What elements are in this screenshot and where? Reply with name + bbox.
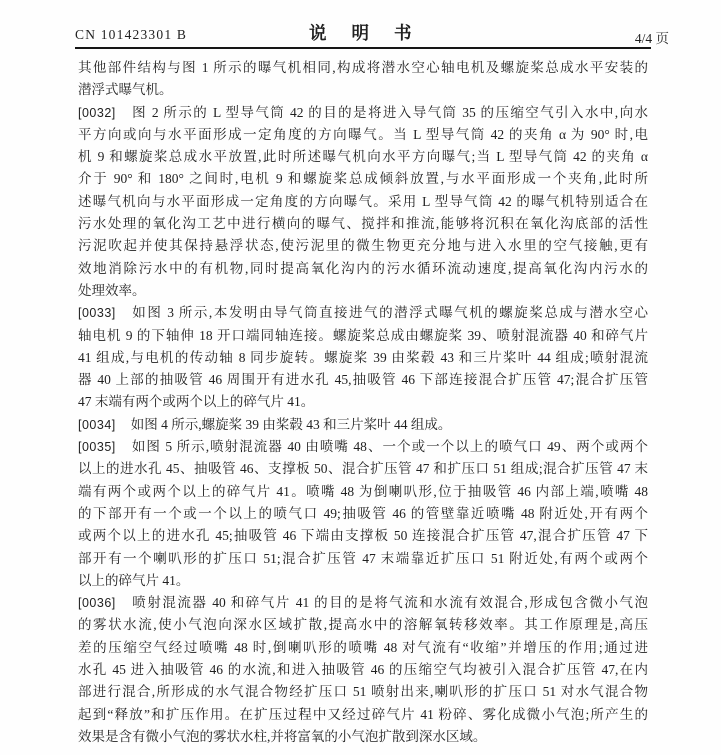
text-line: 介于 90° 和 180° 之间时,电机 9 和螺旋桨总成倾斜放置,与水平面形成… bbox=[78, 168, 648, 190]
text-line: 处理效率。 bbox=[78, 280, 648, 302]
text-line: 污泥吹起并使其保持悬浮状态,使污泥里的微生物更充分地与进入水里的空气接触,更有 bbox=[78, 235, 648, 257]
text-line: 平方向或向与水平面形成一定角度的方向曝气。当 L 型导气筒 42 的夹角 α 为… bbox=[78, 124, 648, 146]
text-line: 47 末端有两个或两个以上的碎气片 41。 bbox=[78, 391, 648, 413]
paragraph-number: [0036] bbox=[78, 596, 116, 610]
line-text: 效果是含有微小气泡的雾状水柱,并将富氧的小气泡扩散到深水区域。 bbox=[78, 729, 486, 744]
text-line: [0033]如图 3 所示,本发明由导气筒直接进气的潜浮式曝气机的螺旋桨总成与潜… bbox=[78, 302, 648, 324]
line-text: 平方向或向与水平面形成一定角度的方向曝气。当 L 型导气筒 42 的夹角 α 为… bbox=[78, 127, 648, 142]
document-number: CN 101423301 B bbox=[75, 27, 187, 43]
text-line: 潜浮式曝气机。 bbox=[78, 79, 648, 101]
text-line: 端有两个或两个以上的碎气片 41。喷嘴 48 为倒喇叭形,位于抽吸管 46 内部… bbox=[78, 481, 648, 503]
line-text: 如图 5 所示,喷射混流器 40 由喷嘴 48、一个或一个以上的喷气口 49、两… bbox=[131, 439, 648, 454]
line-text: 处理效率。 bbox=[78, 283, 146, 298]
line-text: 机 9 和螺旋桨总成水平放置,此时所述曝气机向水平方向曝气;当 L 型导气筒 4… bbox=[78, 149, 648, 164]
text-line: 的下部开有一个或一个以上的喷气口 49;抽吸管 46 的管壁靠近喷嘴 48 附近… bbox=[78, 503, 648, 525]
line-text: 端有两个或两个以上的碎气片 41。喷嘴 48 为倒喇叭形,位于抽吸管 46 内部… bbox=[78, 484, 648, 499]
text-line: [0034]如图 4 所示,螺旋桨 39 由桨毂 43 和三片桨叶 44 组成。 bbox=[78, 414, 648, 436]
line-text: 述曝气机向与水平面形成一定角度的方向曝气。采用 L 型导气筒 42 的曝气机特别… bbox=[78, 194, 648, 209]
text-line: 41 组成,与电机的传动轴 8 同步旋转。螺旋桨 39 由桨毂 43 和三片桨叶… bbox=[78, 347, 648, 369]
page-indicator: 4/4 页 bbox=[635, 27, 669, 47]
text-line: 以上的进水孔 45、抽吸管 46、支撑板 50、混合扩压管 47 和扩压口 51… bbox=[78, 458, 648, 480]
text-line: [0032]图 2 所示的 L 型导气筒 42 的目的是将进入导气筒 35 的压… bbox=[78, 102, 648, 124]
line-text: 部进行混合,所形成的水气混合物经扩压口 51 喷射出来,喇叭形的扩压口 51 对… bbox=[78, 684, 648, 699]
line-text: 介于 90° 和 180° 之间时,电机 9 和螺旋桨总成倾斜放置,与水平面形成… bbox=[78, 171, 648, 186]
paragraph-number: [0033] bbox=[78, 306, 116, 320]
line-text: 轴电机 9 的下轴伸 18 开口端同轴连接。螺旋桨总成由螺旋桨 39、喷射混流器… bbox=[78, 328, 648, 343]
text-line: 的雾状水流,使小气泡向深水区域扩散,提高水中的溶解氧转移效率。其工作原理是,高压 bbox=[78, 614, 648, 636]
text-line: 效地消除污水中的有机物,同时提高氧化沟内的污水循环流动速度,提高氧化沟内污水的 bbox=[78, 258, 648, 280]
line-text: 的雾状水流,使小气泡向深水区域扩散,提高水中的溶解氧转移效率。其工作原理是,高压 bbox=[78, 617, 648, 632]
text-line: 机 9 和螺旋桨总成水平放置,此时所述曝气机向水平方向曝气;当 L 型导气筒 4… bbox=[78, 146, 648, 168]
text-line: 器 40 上部的抽吸管 46 周围开有进水孔 45,抽吸管 46 下部连接混合扩… bbox=[78, 369, 648, 391]
text-line: 以上的碎气片 41。 bbox=[78, 570, 648, 592]
line-text: 如图 3 所示,本发明由导气筒直接进气的潜浮式曝气机的螺旋桨总成与潜水空心 bbox=[131, 305, 648, 320]
text-line: 轴电机 9 的下轴伸 18 开口端同轴连接。螺旋桨总成由螺旋桨 39、喷射混流器… bbox=[78, 325, 648, 347]
paragraph-number: [0035] bbox=[78, 440, 116, 454]
line-text: 水孔 45 进入抽吸管 46 的水流,和进入抽吸管 46 的压缩空气均被引入混合… bbox=[78, 662, 648, 677]
text-line: 述曝气机向与水平面形成一定角度的方向曝气。采用 L 型导气筒 42 的曝气机特别… bbox=[78, 191, 648, 213]
line-text: 47 末端有两个或两个以上的碎气片 41。 bbox=[78, 394, 314, 409]
line-text: 以上的进水孔 45、抽吸管 46、支撑板 50、混合扩压管 47 和扩压口 51… bbox=[78, 461, 648, 476]
paragraph-number: [0032] bbox=[78, 106, 116, 120]
document-body: 其他部件结构与图 1 所示的曝气机相同,构成将潜水空心轴电机及螺旋桨总成水平安装… bbox=[78, 57, 648, 748]
text-line: 其他部件结构与图 1 所示的曝气机相同,构成将潜水空心轴电机及螺旋桨总成水平安装… bbox=[78, 57, 648, 79]
line-text: 污泥吹起并使其保持悬浮状态,使污泥里的微生物更充分地与进入水里的空气接触,更有 bbox=[78, 238, 648, 253]
text-line: 效果是含有微小气泡的雾状水柱,并将富氧的小气泡扩散到深水区域。 bbox=[78, 726, 648, 748]
line-text: 潜浮式曝气机。 bbox=[78, 82, 173, 97]
text-line: 部进行混合,所形成的水气混合物经扩压口 51 喷射出来,喇叭形的扩压口 51 对… bbox=[78, 681, 648, 703]
text-line: 污水处理的氧化沟工艺中进行横向的曝气、搅拌和推流,能够将沉积在氧化沟底部的活性 bbox=[78, 213, 648, 235]
paragraph-number: [0034] bbox=[78, 418, 116, 432]
line-text: 部开有一个喇叭形的扩压口 51;混合扩压管 47 末端靠近扩压口 51 附近处,… bbox=[78, 551, 648, 566]
header-divider bbox=[75, 47, 651, 49]
page-header: CN 101423301 B 说明书 4/4 页 bbox=[0, 0, 721, 50]
text-line: 起到“释放”和扩压作用。在扩压过程中又经过碎气片 41 粉碎、雾化成微小气泡;所… bbox=[78, 704, 648, 726]
page-title: 说明书 bbox=[309, 20, 437, 45]
patent-specification-page: CN 101423301 B 说明书 4/4 页 其他部件结构与图 1 所示的曝… bbox=[0, 0, 721, 755]
line-text: 效地消除污水中的有机物,同时提高氧化沟内的污水循环流动速度,提高氧化沟内污水的 bbox=[78, 261, 648, 276]
line-text: 以上的碎气片 41。 bbox=[78, 573, 189, 588]
text-line: [0036]喷射混流器 40 和碎气片 41 的目的是将气流和水流有效混合,形成… bbox=[78, 592, 648, 614]
line-text: 图 2 所示的 L 型导气筒 42 的目的是将进入导气筒 35 的压缩空气引入水… bbox=[131, 105, 648, 120]
text-line: [0035]如图 5 所示,喷射混流器 40 由喷嘴 48、一个或一个以上的喷气… bbox=[78, 436, 648, 458]
line-text: 或两个以上的进水孔 45;抽吸管 46 下端由支撑板 50 连接混合扩压管 47… bbox=[78, 528, 648, 543]
text-line: 部开有一个喇叭形的扩压口 51;混合扩压管 47 末端靠近扩压口 51 附近处,… bbox=[78, 548, 648, 570]
line-text: 如图 4 所示,螺旋桨 39 由桨毂 43 和三片桨叶 44 组成。 bbox=[131, 417, 452, 432]
line-text: 喷射混流器 40 和碎气片 41 的目的是将气流和水流有效混合,形成包含微小气泡 bbox=[131, 595, 648, 610]
line-text: 起到“释放”和扩压作用。在扩压过程中又经过碎气片 41 粉碎、雾化成微小气泡;所… bbox=[78, 707, 648, 722]
line-text: 的下部开有一个或一个以上的喷气口 49;抽吸管 46 的管壁靠近喷嘴 48 附近… bbox=[78, 506, 648, 521]
line-text: 其他部件结构与图 1 所示的曝气机相同,构成将潜水空心轴电机及螺旋桨总成水平安装… bbox=[78, 60, 648, 75]
line-text: 41 组成,与电机的传动轴 8 同步旋转。螺旋桨 39 由桨毂 43 和三片桨叶… bbox=[78, 350, 648, 365]
line-text: 污水处理的氧化沟工艺中进行横向的曝气、搅拌和推流,能够将沉积在氧化沟底部的活性 bbox=[78, 216, 648, 231]
line-text: 差的压缩空气经过喷嘴 48 时,倒喇叭形的喷嘴 48 对气流有“收缩”并增压的作… bbox=[78, 640, 648, 655]
text-line: 差的压缩空气经过喷嘴 48 时,倒喇叭形的喷嘴 48 对气流有“收缩”并增压的作… bbox=[78, 637, 648, 659]
text-line: 水孔 45 进入抽吸管 46 的水流,和进入抽吸管 46 的压缩空气均被引入混合… bbox=[78, 659, 648, 681]
line-text: 器 40 上部的抽吸管 46 周围开有进水孔 45,抽吸管 46 下部连接混合扩… bbox=[78, 372, 648, 387]
text-line: 或两个以上的进水孔 45;抽吸管 46 下端由支撑板 50 连接混合扩压管 47… bbox=[78, 525, 648, 547]
